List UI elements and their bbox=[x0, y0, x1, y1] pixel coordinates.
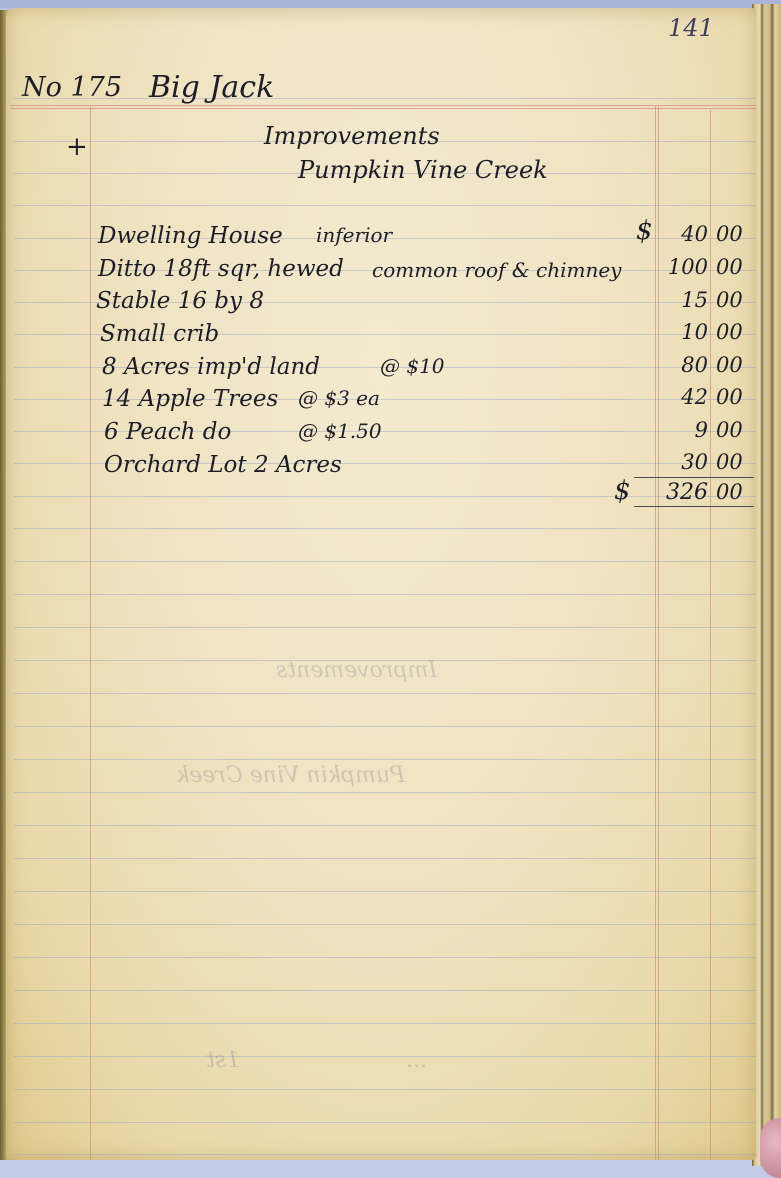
bleed-through-text: Improvements bbox=[276, 658, 437, 683]
bleed-through-text: 1st bbox=[206, 1048, 240, 1073]
rule-line bbox=[14, 858, 756, 859]
rule-line bbox=[14, 990, 756, 991]
rule-line bbox=[14, 1056, 756, 1057]
page-number: 141 bbox=[668, 14, 714, 42]
item-cents: 00 bbox=[716, 288, 743, 312]
backdrop-top bbox=[0, 0, 781, 8]
item-description: 14 Apple Trees bbox=[102, 386, 278, 412]
owner-name: Big Jack bbox=[149, 70, 274, 105]
item-note: common roof & chimney bbox=[372, 258, 621, 282]
rule-line bbox=[14, 98, 756, 99]
item-note: @ $3 ea bbox=[298, 386, 380, 410]
item-description: Small crib bbox=[100, 321, 219, 347]
rule-line bbox=[14, 496, 756, 497]
rule-line bbox=[14, 205, 756, 206]
total-cents: 00 bbox=[716, 480, 743, 504]
item-dollars: 9 bbox=[666, 418, 708, 442]
location: Pumpkin Vine Creek bbox=[298, 156, 548, 184]
sum-line bbox=[634, 477, 754, 478]
page-stack-edge bbox=[752, 4, 781, 1166]
rule-line bbox=[14, 726, 756, 727]
item-dollars: 15 bbox=[666, 288, 708, 312]
rule-line bbox=[14, 1154, 756, 1155]
ledger-page: 141 No 175 Big Jack + Improvements Pumpk… bbox=[6, 8, 756, 1160]
item-description: Orchard Lot 2 Acres bbox=[104, 452, 342, 478]
rule-line bbox=[14, 1089, 756, 1090]
item-description: 8 Acres imp'd land bbox=[102, 354, 320, 380]
rule-line bbox=[14, 561, 756, 562]
bleed-through-text: ... bbox=[406, 1048, 427, 1073]
margin-mark: + bbox=[66, 132, 88, 162]
backdrop-bottom bbox=[0, 1160, 781, 1178]
rule-line bbox=[14, 891, 756, 892]
item-dollars: 40 bbox=[666, 222, 708, 246]
item-description: Stable 16 by 8 bbox=[96, 288, 264, 314]
item-cents: 00 bbox=[716, 320, 743, 344]
item-note: inferior bbox=[316, 223, 392, 247]
entry-number: No 175 bbox=[22, 72, 122, 103]
rule-line bbox=[14, 627, 756, 628]
rule-line bbox=[14, 759, 756, 760]
rule-line bbox=[14, 825, 756, 826]
sum-line bbox=[634, 506, 754, 507]
item-cents: 00 bbox=[716, 418, 743, 442]
dollars-column-line bbox=[658, 106, 659, 1160]
item-note: @ $1.50 bbox=[298, 419, 382, 443]
item-dollars: 30 bbox=[666, 450, 708, 474]
rule-line bbox=[14, 693, 756, 694]
dollars-column-line bbox=[655, 106, 656, 1160]
item-cents: 00 bbox=[716, 353, 743, 377]
total-dollars: 326 bbox=[650, 480, 708, 505]
heading: Improvements bbox=[264, 122, 440, 150]
rule-line bbox=[14, 528, 756, 529]
item-cents: 00 bbox=[716, 450, 743, 474]
rule-line bbox=[14, 792, 756, 793]
currency-mark: $ bbox=[636, 216, 653, 246]
item-description: Ditto 18ft sqr, hewed bbox=[98, 256, 344, 282]
item-dollars: 80 bbox=[666, 353, 708, 377]
item-dollars: 10 bbox=[666, 320, 708, 344]
item-description: Dwelling House bbox=[98, 223, 283, 249]
rule-line bbox=[14, 1122, 756, 1123]
item-cents: 00 bbox=[716, 255, 743, 279]
item-dollars: 42 bbox=[666, 385, 708, 409]
item-description: 6 Peach do bbox=[104, 419, 231, 445]
item-cents: 00 bbox=[716, 385, 743, 409]
thumb bbox=[760, 1118, 781, 1178]
cents-column-line bbox=[710, 110, 711, 1160]
item-dollars: 100 bbox=[662, 255, 708, 279]
header-rule bbox=[10, 108, 756, 109]
rule-line bbox=[14, 1023, 756, 1024]
left-margin-line bbox=[90, 106, 91, 1160]
rule-line bbox=[14, 594, 756, 595]
rule-line bbox=[14, 924, 756, 925]
item-cents: 00 bbox=[716, 222, 743, 246]
header-rule bbox=[10, 105, 756, 106]
total-currency-mark: $ bbox=[614, 476, 631, 506]
bleed-through-text: Pumpkin Vine Creek bbox=[176, 763, 405, 788]
rule-line bbox=[14, 957, 756, 958]
item-note: @ $10 bbox=[380, 354, 445, 378]
